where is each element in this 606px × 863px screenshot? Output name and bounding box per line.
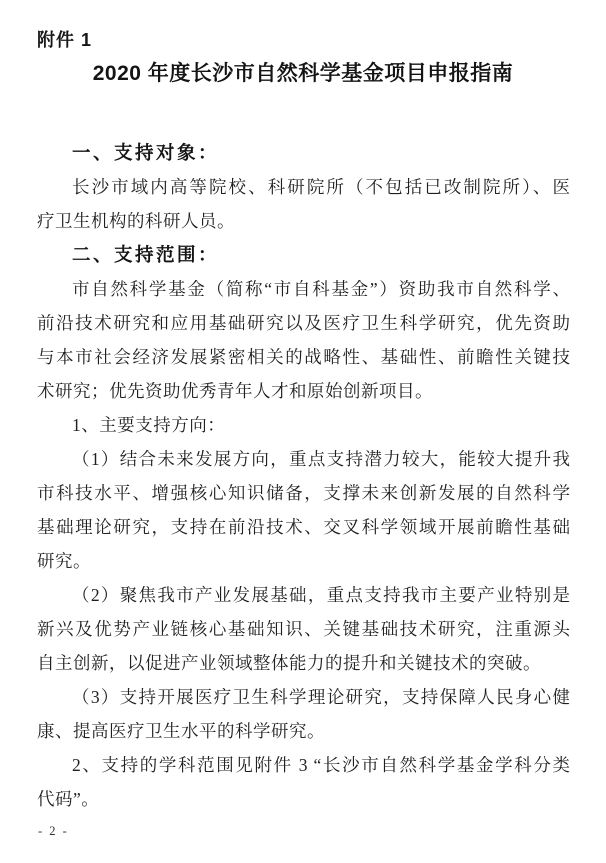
para-direction-1-line-2: 市科技水平、增强核心知识储备，支撑未来创新发展的自然科学 — [37, 476, 570, 510]
para-support-targets-line-1: 长沙市域内高等院校、科研院所（不包括已改制院所）、医 — [37, 170, 570, 204]
para-direction-2-line-1: （2）聚焦我市产业发展基础，重点支持我市主要产业特别是 — [37, 578, 570, 612]
subheading-main-directions: 1、主要支持方向： — [37, 408, 570, 442]
para-support-scope-line-1: 市自然科学基金（简称“市自科基金”）资助我市自然科学、 — [37, 272, 570, 306]
para-direction-1-line-4: 研究。 — [37, 544, 570, 578]
para-direction-2-line-2: 新兴及优势产业链核心基础知识、关键基础技术研究，注重源头 — [37, 612, 570, 646]
para-subject-scope-line-1: 2、支持的学科范围见附件 3 “长沙市自然科学基金学科分类 — [37, 748, 570, 782]
para-support-scope-line-4: 术研究；优先资助优秀青年人才和原始创新项目。 — [37, 374, 570, 408]
para-direction-2-line-3: 自主创新，以促进产业领域整体能力的提升和关键技术的突破。 — [37, 646, 570, 680]
page-title: 2020 年度长沙市自然科学基金项目申报指南 — [0, 60, 606, 88]
para-subject-scope-line-2: 代码”。 — [37, 782, 570, 816]
section-heading-support-targets: 一、支持对象： — [37, 136, 570, 170]
para-direction-1-line-3: 基础理论研究，支持在前沿技术、交叉科学领域开展前瞻性基础 — [37, 510, 570, 544]
para-direction-3-line-1: （3）支持开展医疗卫生科学理论研究，支持保障人民身心健 — [37, 680, 570, 714]
document-page: 附件 1 2020 年度长沙市自然科学基金项目申报指南 一、支持对象： 长沙市域… — [0, 0, 606, 863]
page-number: - 2 - — [38, 822, 69, 840]
section-heading-support-scope: 二、支持范围： — [37, 238, 570, 272]
para-support-scope-line-3: 与本市社会经济发展紧密相关的战略性、基础性、前瞻性关键技 — [37, 340, 570, 374]
para-direction-1-line-1: （1）结合未来发展方向，重点支持潜力较大，能较大提升我 — [37, 442, 570, 476]
attachment-label: 附件 1 — [37, 28, 92, 52]
para-direction-3-line-2: 康、提高医疗卫生水平的科学研究。 — [37, 714, 570, 748]
para-support-targets-line-2: 疗卫生机构的科研人员。 — [37, 204, 570, 238]
document-body: 一、支持对象： 长沙市域内高等院校、科研院所（不包括已改制院所）、医 疗卫生机构… — [37, 136, 570, 816]
para-support-scope-line-2: 前沿技术研究和应用基础研究以及医疗卫生科学研究，优先资助 — [37, 306, 570, 340]
